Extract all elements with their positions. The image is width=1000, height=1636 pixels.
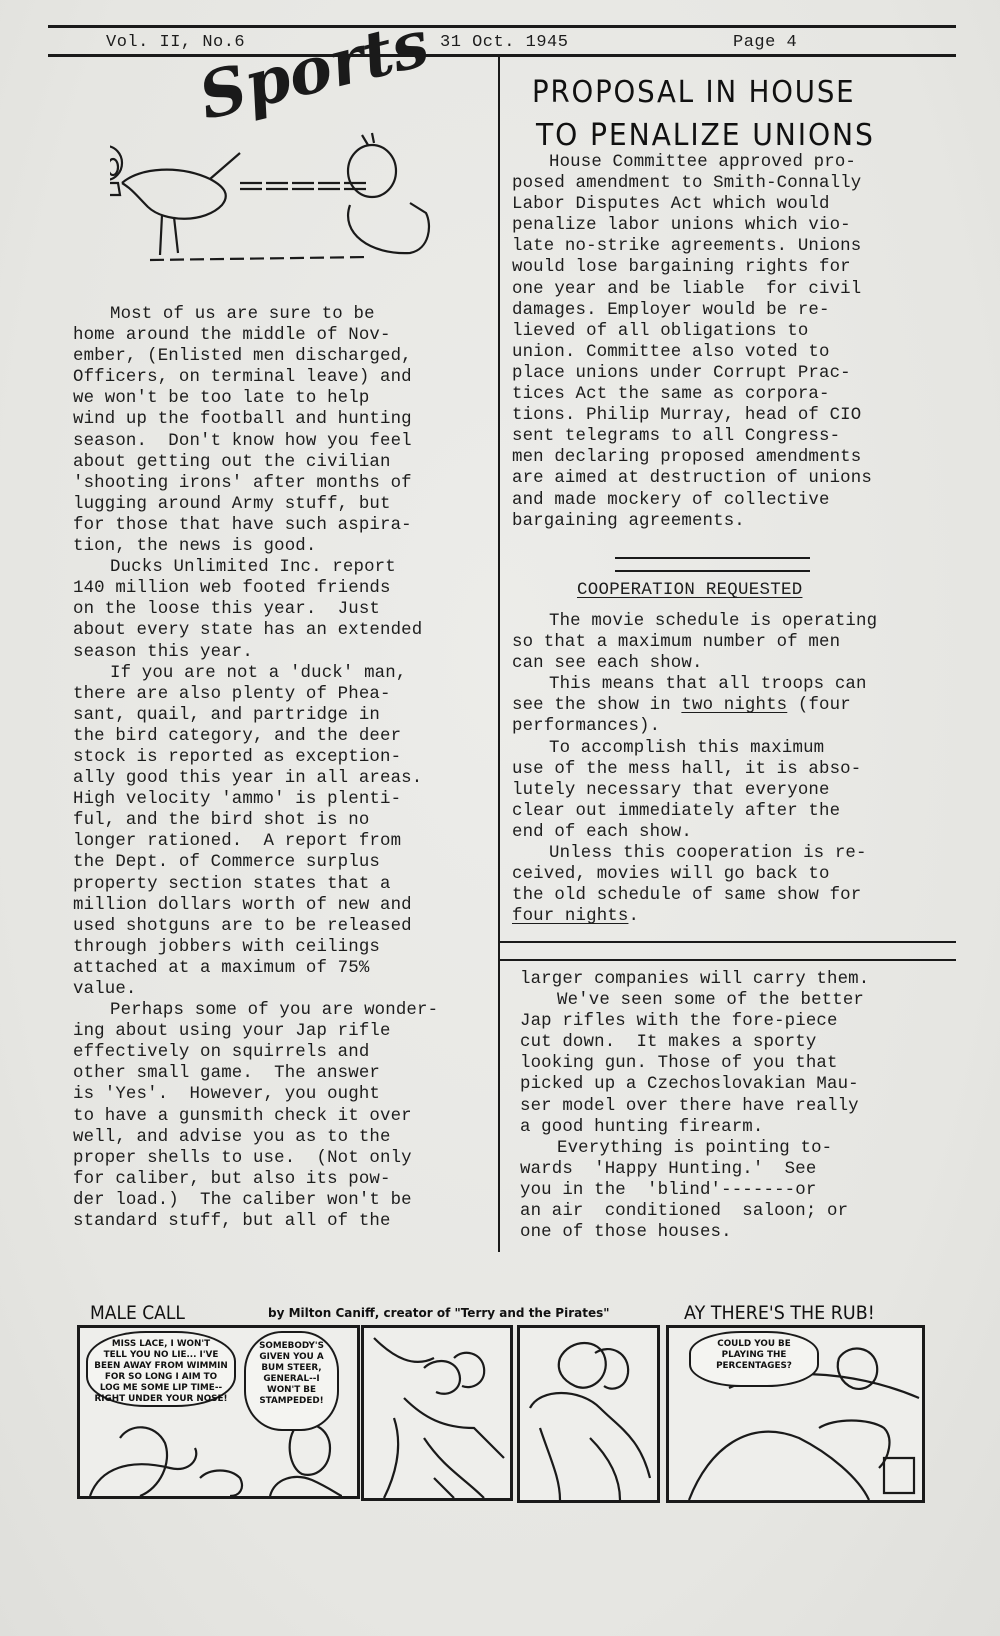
speech-bubble: COULD YOU BE PLAYING THE PERCENTAGES?: [689, 1331, 819, 1387]
text-line: union. Committee also voted to: [512, 342, 872, 363]
text-line: posed amendment to Smith-Connally: [512, 173, 872, 194]
text-line: To accomplish this maximum: [512, 738, 877, 759]
text-line: through jobbers with ceilings: [73, 937, 438, 958]
text-line: wind up the football and hunting: [73, 409, 438, 430]
duck-hunter-illustration: [110, 55, 440, 265]
text-line: an air conditioned saloon; or: [520, 1201, 869, 1222]
text-line: one year and be liable for civil: [512, 279, 872, 300]
text-line: effectively on squirrels and: [73, 1042, 438, 1063]
comic-panel-1: MISS LACE, I WON'T TELL YOU NO LIE... I'…: [77, 1325, 360, 1499]
text-line: der load.) The caliber won't be: [73, 1190, 438, 1211]
text-line: attached at a maximum of 75%: [73, 958, 438, 979]
text-line: property section states that a: [73, 874, 438, 895]
text-line: are aimed at destruction of unions: [512, 468, 872, 489]
text-line: for those that have such aspira-: [73, 515, 438, 536]
text-line: Labor Disputes Act which would: [512, 194, 872, 215]
issue-date: 31 Oct. 1945: [440, 33, 568, 52]
text-line: men declaring proposed amendments: [512, 447, 872, 468]
proposal-article-body: House Committee approved pro-posed amend…: [512, 152, 872, 532]
text-line: end of each show.: [512, 822, 877, 843]
text-line: the old schedule of same show for: [512, 885, 877, 906]
text-line: the Dept. of Commerce surplus: [73, 852, 438, 873]
panel-art-embrace: [520, 1328, 657, 1500]
column-divider: [498, 57, 500, 1252]
text-line: you in the 'blind'-------or: [520, 1180, 869, 1201]
proposal-headline-line1: PROPOSAL IN HOUSE: [532, 75, 855, 110]
text-line: sent telegrams to all Congress-: [512, 426, 872, 447]
text-line: longer rationed. A report from: [73, 831, 438, 852]
text-line: late no-strike agreements. Unions: [512, 236, 872, 257]
text-line: lieved of all obligations to: [512, 321, 872, 342]
speech-bubble: MISS LACE, I WON'T TELL YOU NO LIE... I'…: [86, 1331, 236, 1407]
text-line: clear out immediately after the: [512, 801, 877, 822]
text-line: the bird category, and the deer: [73, 726, 438, 747]
section-divider: [500, 941, 956, 943]
text-line: ing about using your Jap rifle: [73, 1021, 438, 1042]
text-line: for caliber, but also its pow-: [73, 1169, 438, 1190]
text-line: Everything is pointing to-: [520, 1138, 869, 1159]
comic-credit: by Milton Caniff, creator of "Terry and …: [268, 1306, 609, 1320]
text-line: Most of us are sure to be: [73, 304, 438, 325]
section-divider: [615, 570, 810, 572]
text-line: four nights.: [512, 906, 877, 927]
text-line: Perhaps some of you are wonder-: [73, 1000, 438, 1021]
text-line: place unions under Corrupt Prac-: [512, 363, 872, 384]
sports-article-body: Most of us are sure to behome around the…: [73, 304, 438, 1232]
text-line: use of the mess hall, it is abso-: [512, 759, 877, 780]
text-line: other small game. The answer: [73, 1063, 438, 1084]
text-line: penalize labor unions which vio-: [512, 215, 872, 236]
text-line: used shotguns are to be released: [73, 916, 438, 937]
text-line: House Committee approved pro-: [512, 152, 872, 173]
text-line: we won't be too late to help: [73, 388, 438, 409]
text-line: to have a gunsmith check it over: [73, 1106, 438, 1127]
text-line: would lose bargaining rights for: [512, 257, 872, 278]
comic-panel-4: COULD YOU BE PLAYING THE PERCENTAGES?: [666, 1325, 925, 1503]
text-line: and made mockery of collective: [512, 490, 872, 511]
sports-article-continued: larger companies will carry them.We've s…: [520, 969, 869, 1243]
newsletter-page: Vol. II, No.6 31 Oct. 1945 Page 4 Sports: [0, 0, 1000, 1636]
section-divider: [615, 557, 810, 559]
text-line: on the loose this year. Just: [73, 599, 438, 620]
text-line: tions. Philip Murray, head of CIO: [512, 405, 872, 426]
text-line: If you are not a 'duck' man,: [73, 663, 438, 684]
text-line: about getting out the civilian: [73, 452, 438, 473]
text-line: We've seen some of the better: [520, 990, 869, 1011]
text-line: ser model over there have really: [520, 1096, 869, 1117]
text-line: a good hunting firearm.: [520, 1117, 869, 1138]
text-line: Unless this cooperation is re-: [512, 843, 877, 864]
text-line: Jap rifles with the fore-piece: [520, 1011, 869, 1032]
text-line: tion, the news is good.: [73, 536, 438, 557]
text-line: bargaining agreements.: [512, 511, 872, 532]
text-line: damages. Employer would be re-: [512, 300, 872, 321]
text-line: performances).: [512, 716, 877, 737]
text-line: Officers, on terminal leave) and: [73, 367, 438, 388]
text-line: lugging around Army stuff, but: [73, 494, 438, 515]
text-line: sant, quail, and partridge in: [73, 705, 438, 726]
text-line: standard stuff, but all of the: [73, 1211, 438, 1232]
text-line: larger companies will carry them.: [520, 969, 869, 990]
masthead-top-rule: [48, 25, 956, 28]
text-line: one of those houses.: [520, 1222, 869, 1243]
text-line: ful, and the bird shot is no: [73, 810, 438, 831]
text-line: there are also plenty of Phea-: [73, 684, 438, 705]
text-line: tices Act the same as corpora-: [512, 384, 872, 405]
text-line: High velocity 'ammo' is plenti-: [73, 789, 438, 810]
text-line: is 'Yes'. However, you ought: [73, 1084, 438, 1105]
text-line: see the show in two nights (four: [512, 695, 877, 716]
text-line: The movie schedule is operating: [512, 611, 877, 632]
text-line: 140 million web footed friends: [73, 578, 438, 599]
page-number: Page 4: [733, 33, 797, 52]
section-divider: [500, 959, 956, 961]
text-line: Ducks Unlimited Inc. report: [73, 557, 438, 578]
text-line: about every state has an extended: [73, 620, 438, 641]
cooperation-article-body: The movie schedule is operatingso that a…: [512, 611, 877, 927]
comic-panel-3: [517, 1325, 660, 1503]
text-line: picked up a Czechoslovakian Mau-: [520, 1074, 869, 1095]
text-line: ceived, movies will go back to: [512, 864, 877, 885]
comic-episode-title: AY THERE'S THE RUB!: [684, 1302, 875, 1324]
text-line: so that a maximum number of men: [512, 632, 877, 653]
comic-panel-2: [361, 1325, 513, 1501]
text-line: home around the middle of Nov-: [73, 325, 438, 346]
text-line: ally good this year in all areas.: [73, 768, 438, 789]
volume-number: Vol. II, No.6: [106, 33, 245, 52]
text-line: This means that all troops can: [512, 674, 877, 695]
panel-art-struggle: [364, 1328, 510, 1498]
text-line: looking gun. Those of you that: [520, 1053, 869, 1074]
underlined-phrase: four nights: [512, 907, 628, 926]
text-line: stock is reported as exception-: [73, 747, 438, 768]
text-line: wards 'Happy Hunting.' See: [520, 1159, 869, 1180]
text-line: can see each show.: [512, 653, 877, 674]
text-line: million dollars worth of new and: [73, 895, 438, 916]
comic-title: MALE CALL: [90, 1302, 185, 1324]
text-line: 'shooting irons' after months of: [73, 473, 438, 494]
masthead: Vol. II, No.6 31 Oct. 1945 Page 4: [0, 31, 1000, 53]
text-line: season this year.: [73, 642, 438, 663]
cooperation-headline: COOPERATION REQUESTED: [577, 581, 802, 600]
text-line: ember, (Enlisted men discharged,: [73, 346, 438, 367]
text-line: proper shells to use. (Not only: [73, 1148, 438, 1169]
text-line: season. Don't know how you feel: [73, 431, 438, 452]
proposal-headline-line2: TO PENALIZE UNIONS: [536, 118, 875, 153]
speech-bubble: SOMEBODY'S GIVEN YOU A BUM STEER, GENERA…: [244, 1331, 339, 1431]
underlined-phrase: two nights: [681, 696, 787, 715]
text-line: lutely necessary that everyone: [512, 780, 877, 801]
text-line: well, and advise you as to the: [73, 1127, 438, 1148]
text-line: cut down. It makes a sporty: [520, 1032, 869, 1053]
text-line: value.: [73, 979, 438, 1000]
